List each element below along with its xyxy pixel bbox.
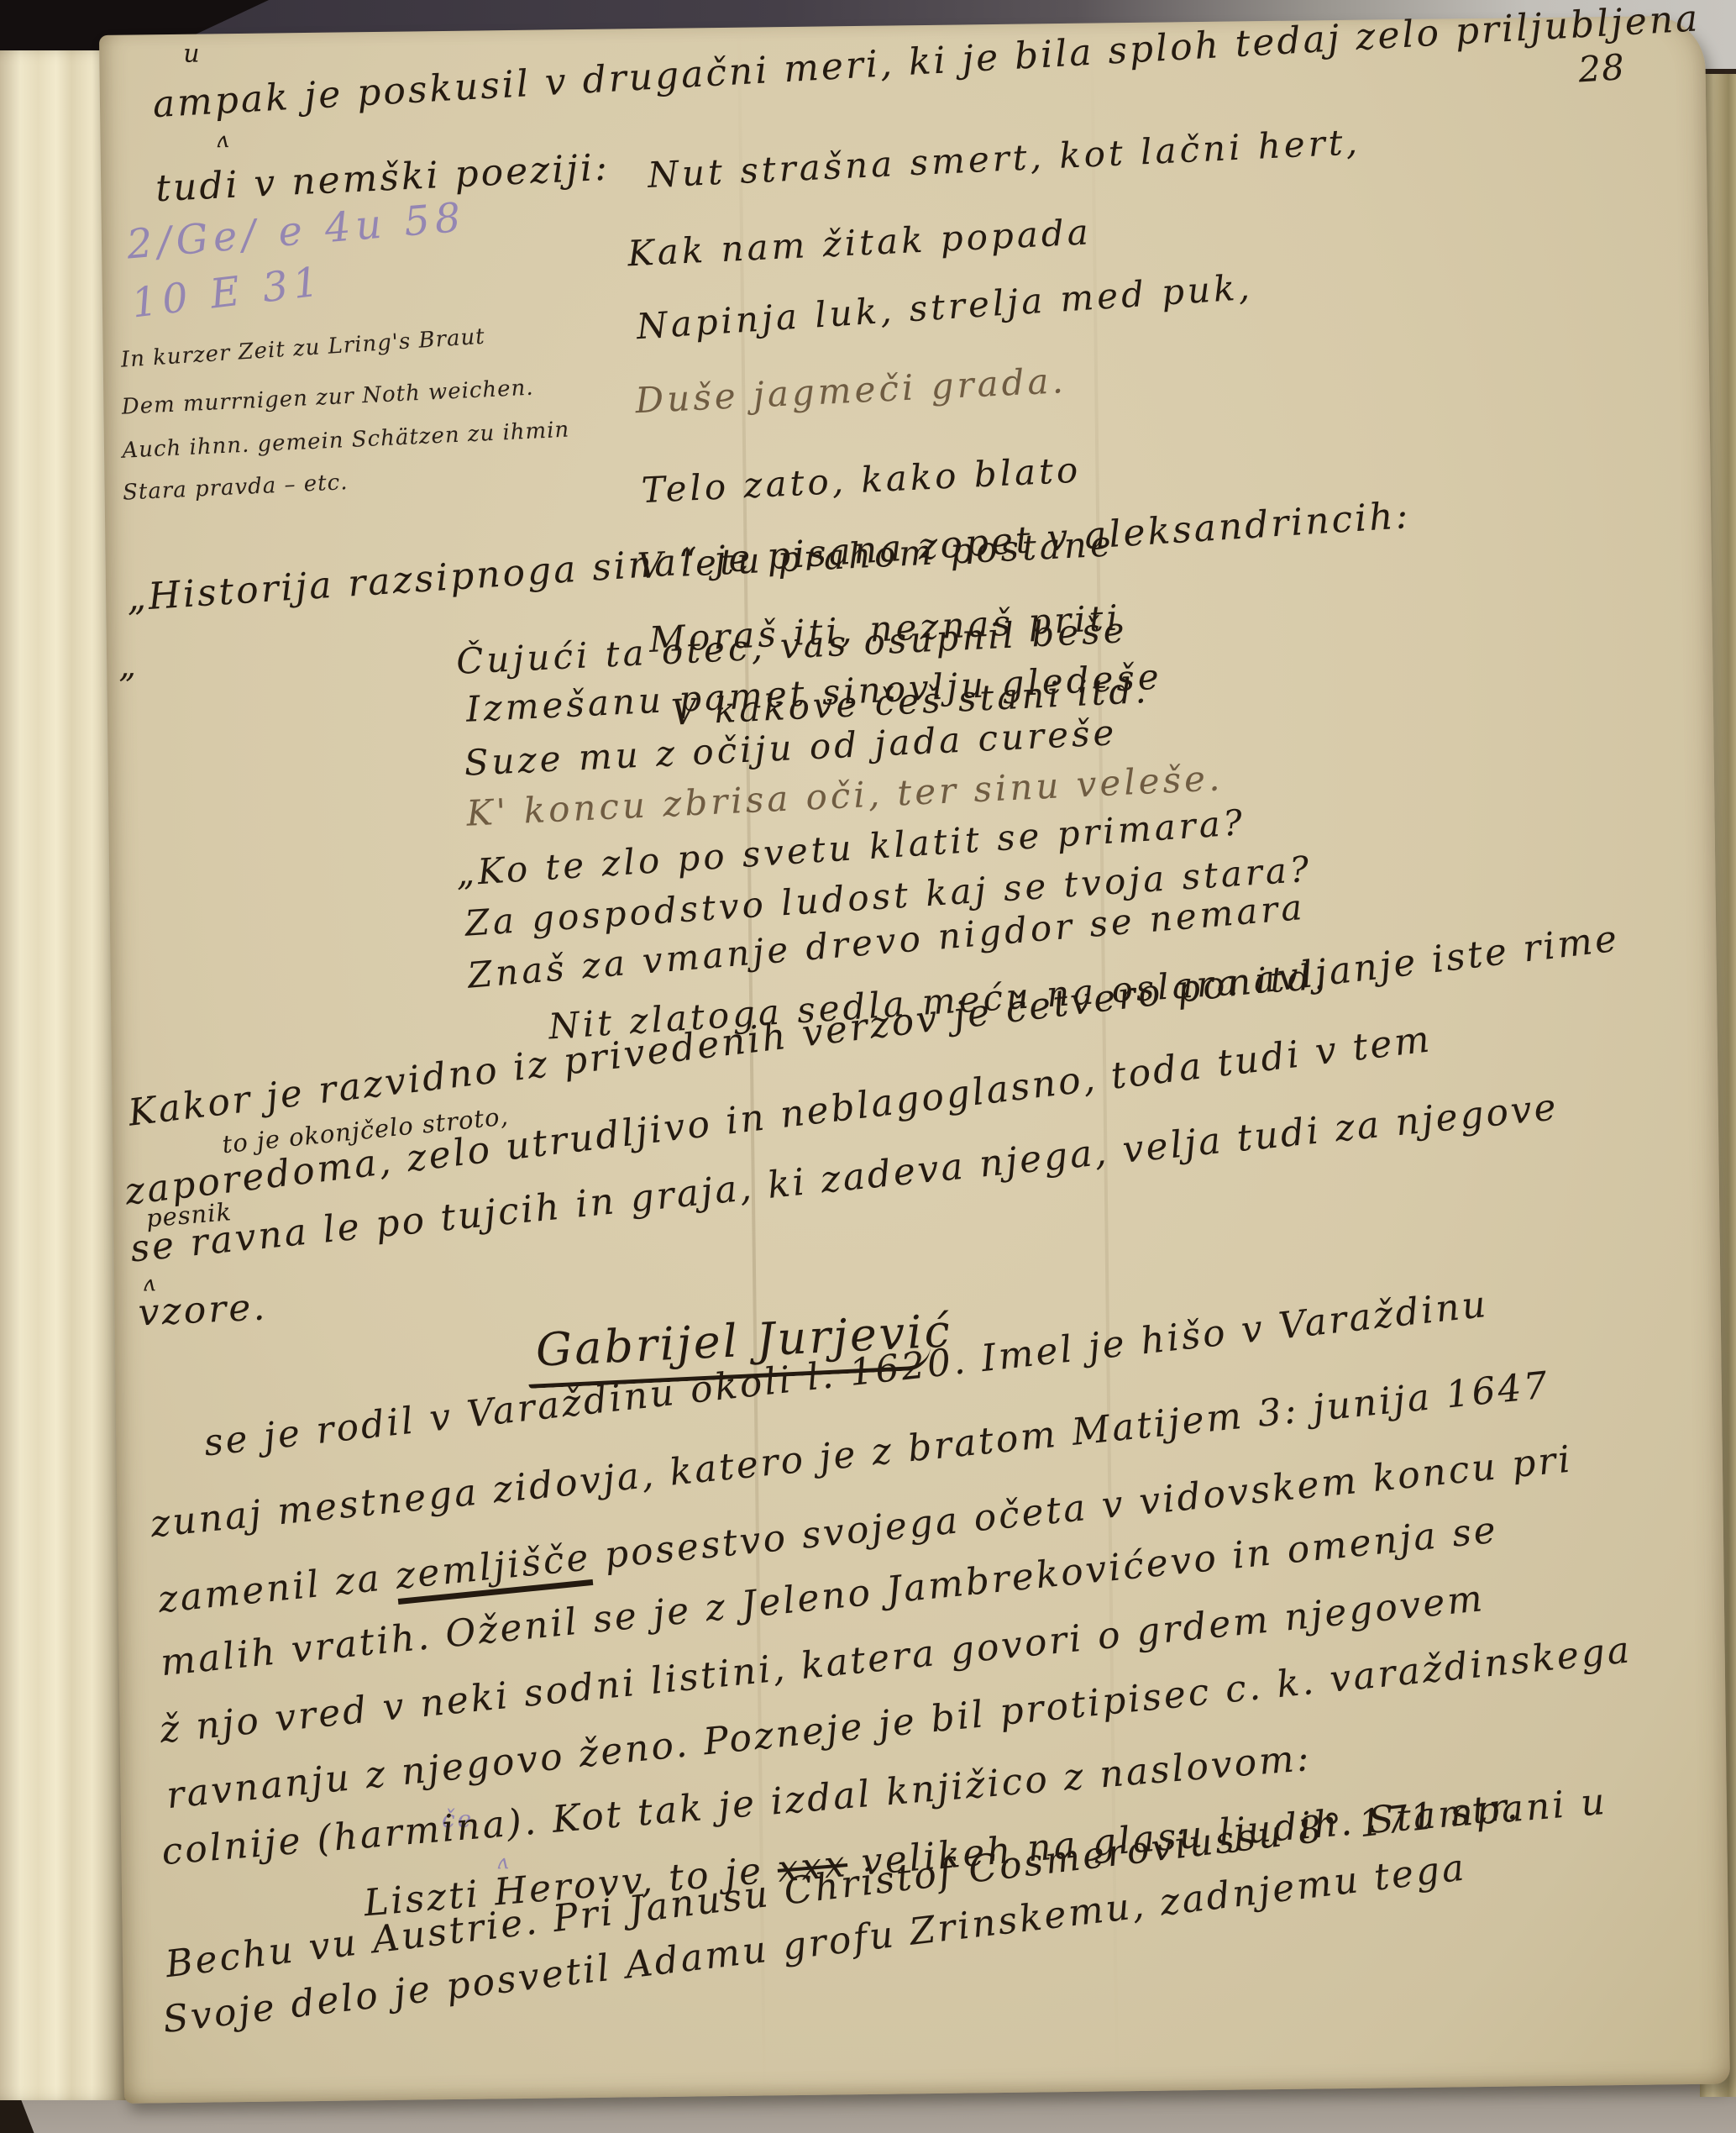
stray-quote-mark: „ [118,647,136,686]
underlined-word: zemljišče [394,1536,594,1605]
manuscript-photo: 28 u ampak je poskusil v drugačni meri, … [0,0,1736,2133]
margin-note: Auch ihnn. gemein Schätzen zu ihmin [122,418,570,464]
verse-line: Napinja luk, strelja med puk, [635,266,1254,347]
page-number: 28 [1577,46,1626,90]
caret-mark: ʌ [216,128,228,153]
verse-line: Telo zato, kako blato [641,449,1083,512]
verse-line: Kak nam žitak popada [627,211,1092,274]
verse-line: Nut strašna smert, kot lačni hert, [647,121,1361,196]
margin-note: Dem murrnigen zur Noth weichen. [121,376,534,420]
pencil-shelfmark-row2: 10 E 31 [129,258,327,327]
verse-line: Duše jagmeči grada. [634,360,1067,421]
interlinear-insert-mark: u [183,39,200,69]
manuscript-page: 28 u ampak je poskusil v drugačni meri, … [99,16,1730,2104]
margin-note: Stara pravda – etc. [122,470,349,506]
margin-note: In kurzer Zeit zu Lring's Braut [120,324,486,373]
section-sentence: „Historija razsipnoga sina“ je pisana zo… [125,494,1412,620]
biography-text: zamenil za [156,1555,398,1621]
commentary-line: vzore. [137,1285,268,1334]
